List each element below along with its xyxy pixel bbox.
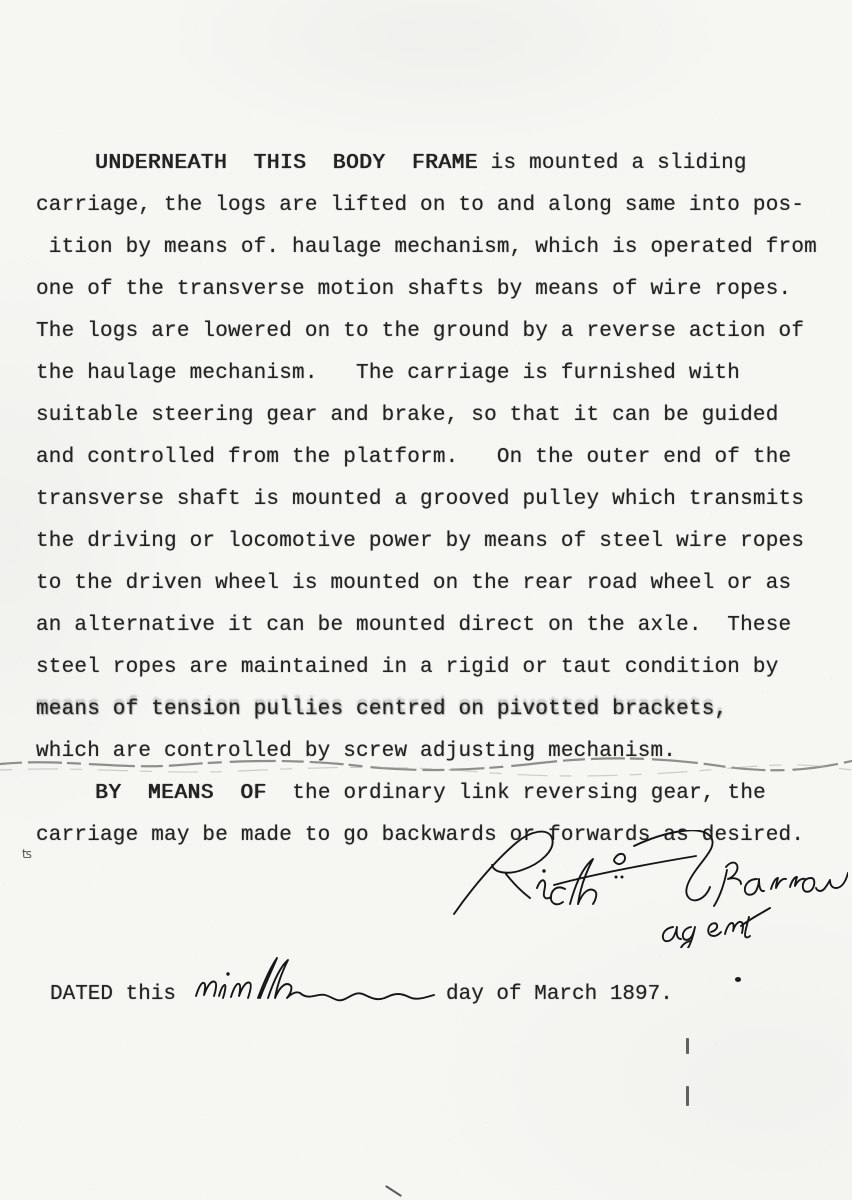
typed-line: which are controlled by screw adjusting … — [36, 731, 832, 773]
scanned-document-page: UNDERNEATH THIS BODY FRAME is mounted a … — [0, 0, 852, 1200]
ink-vertical-dash — [686, 1086, 689, 1106]
typed-body: UNDERNEATH THIS BODY FRAME is mounted a … — [36, 143, 832, 857]
dated-line: DATED this day of March 1897. — [50, 982, 810, 1042]
dated-prefix: DATED this — [50, 982, 176, 1008]
typed-line: the haulage mechanism. The carriage is f… — [36, 353, 832, 395]
typed-line: ition by means of. haulage mechanism, wh… — [36, 227, 832, 269]
typed-line: one of the transverse motion shafts by m… — [36, 269, 832, 311]
typed-line: the driving or locomotive power by means… — [36, 521, 832, 563]
typed-line-smudged: means of tension pullies centred on pivo… — [36, 689, 832, 731]
typed-line: suitable steering gear and brake, so tha… — [36, 395, 832, 437]
by-means-rest: the ordinary link reversing gear, the — [267, 782, 766, 805]
ink-diagonal-mark-bottom — [385, 1185, 402, 1197]
signature-handwriting — [438, 830, 848, 948]
typed-line: to the driven wheel is mounted on the re… — [36, 563, 832, 605]
typed-line: an alternative it can be mounted direct … — [36, 605, 832, 647]
handwritten-day-word — [188, 950, 438, 1008]
typed-line-by-means: BY MEANS OF the ordinary link reversing … — [36, 773, 832, 815]
ink-vertical-dash — [686, 1038, 689, 1054]
ink-speck-left-margin: ʦ — [22, 848, 32, 860]
by-means-caps: BY MEANS OF — [95, 782, 267, 805]
typed-line-heading: UNDERNEATH THIS BODY FRAME is mounted a … — [36, 143, 832, 185]
typed-line: The logs are lowered on to the ground by… — [36, 311, 832, 353]
heading-caps: UNDERNEATH THIS BODY FRAME — [95, 152, 478, 175]
ink-dot-near-date — [735, 977, 741, 982]
typed-line: steel ropes are maintained in a rigid or… — [36, 647, 832, 689]
typed-line: and controlled from the platform. On the… — [36, 437, 832, 479]
dated-suffix: day of March 1897. — [446, 982, 673, 1008]
heading-rest: is mounted a sliding — [478, 152, 747, 175]
typed-line: carriage, the logs are lifted on to and … — [36, 185, 832, 227]
typed-line: transverse shaft is mounted a grooved pu… — [36, 479, 832, 521]
